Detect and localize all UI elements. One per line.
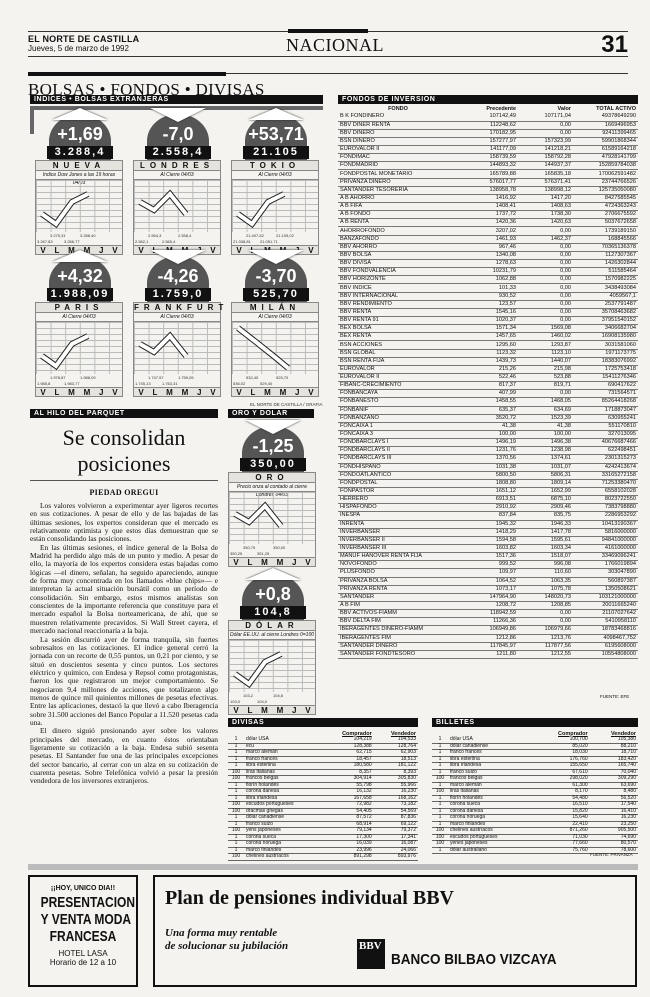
fondo-row: PRIVANZA DINERO576017,77576371,412374476… bbox=[338, 178, 638, 186]
total-activo-value: 551170810 bbox=[573, 422, 638, 430]
index-value: 21.105 bbox=[243, 146, 309, 159]
total-activo-value: 71253380470 bbox=[573, 479, 638, 487]
fondo-name: PRIVANZA BOLSA bbox=[338, 577, 458, 585]
day-label: V bbox=[233, 558, 238, 566]
fashion-ad: ¡¡HOY, UNICO DIA!! PRESENTACION Y VENTA … bbox=[28, 875, 138, 987]
fondo-name: HERRERO bbox=[338, 496, 458, 504]
index-change: +1,69 bbox=[35, 124, 125, 145]
fondo-row: INESPA837,84835,752286953292 bbox=[338, 512, 638, 520]
index-change: -4,26 bbox=[133, 266, 223, 287]
valor-value: 1652,99 bbox=[518, 487, 573, 495]
day-label: M bbox=[264, 388, 271, 396]
precedente-value: 1545,16 bbox=[458, 308, 518, 316]
valor-value: 1408,63 bbox=[518, 203, 573, 211]
tick-label: 104,8 bbox=[273, 693, 283, 698]
tick-label: 21.338,81 bbox=[233, 239, 251, 244]
fondo-row: BBV DIVISA1278,630,001426302844 bbox=[338, 260, 638, 268]
fondo-name: A B FIM bbox=[338, 601, 458, 609]
valor-value: 0,00 bbox=[518, 308, 573, 316]
precedente-value: 2910,92 bbox=[458, 504, 518, 512]
total-activo-value: 40676687466 bbox=[573, 439, 638, 447]
index-chart-dlar: +0,8 104,8 DÓLAR Dólar EE.UU. al cierre … bbox=[228, 568, 316, 714]
index-subtitle: Al Cierre 04/03 bbox=[133, 171, 221, 180]
fondo-name: BBV DINER RENTA bbox=[338, 121, 458, 129]
valor-value: 1738,30 bbox=[518, 211, 573, 219]
precedente-value: 1231,76 bbox=[458, 447, 518, 455]
total-activo-value: 85264418268 bbox=[573, 398, 638, 406]
fondo-name: BBV INDICE bbox=[338, 284, 458, 292]
tick-label: 536,02 bbox=[233, 381, 245, 386]
day-label: L bbox=[54, 388, 59, 396]
fondo-row: A B FIFA1408,411408,634724363243 bbox=[338, 203, 638, 211]
index-line-chart bbox=[35, 180, 123, 232]
arrow-down-icon bbox=[150, 108, 206, 122]
index-subtitle: Precio onza al contado al cierre Londres… bbox=[228, 483, 316, 492]
fondo-name: FONDPOSTAL MONETARIO bbox=[338, 170, 458, 178]
index-subtitle: Dólar EE.UU. al cierre Londres 0=100 bbox=[228, 631, 316, 640]
tick-label: 2.562,1 bbox=[135, 239, 148, 244]
fondo-name: INRENTA bbox=[338, 520, 458, 528]
fondo-row: BSN GLOBAL1123,321123,101971173775 bbox=[338, 349, 638, 357]
fondo-row: FONBANIF635,37634,691718873047 bbox=[338, 406, 638, 414]
fondo-name: B K FONDINERO bbox=[338, 113, 458, 121]
bbv-ad-tagline2: de solucionar su jubilación bbox=[165, 940, 288, 952]
total-activo-value: 20011665240 bbox=[573, 601, 638, 609]
total-activo-value: 23744766526 bbox=[573, 178, 638, 186]
tick-label: 3.267,83 bbox=[37, 239, 53, 244]
fondo-row: NOVOFONDO999,52996,081766019894 bbox=[338, 561, 638, 569]
precedente-value: 1212,86 bbox=[458, 634, 518, 642]
fashion-ad-line4: FRANCESA bbox=[41, 928, 126, 945]
valor-value: 2909,46 bbox=[518, 504, 573, 512]
article-byline: PIEDAD OREGUI bbox=[30, 488, 218, 497]
day-label: M bbox=[261, 706, 268, 714]
total-activo-value: 61589164218 bbox=[573, 146, 638, 154]
precedente-value: 1208,72 bbox=[458, 601, 518, 609]
total-activo-value: 5037672658 bbox=[573, 219, 638, 227]
index-subtitle: Al Cierre 04/03 bbox=[231, 313, 319, 322]
divisas-header: DIVISAS bbox=[228, 718, 418, 727]
bbv-ad-headline: Plan de pensiones individual BBV bbox=[165, 887, 454, 910]
day-label: V bbox=[138, 388, 143, 396]
fondo-row: HISPAFONDO2910,922909,467383798880 bbox=[338, 504, 638, 512]
total-activo-value: 303047890 bbox=[573, 569, 638, 577]
masthead: EL NORTE DE CASTILLA Jueves, 5 de marzo … bbox=[28, 31, 628, 57]
precedente-value: 967,46 bbox=[458, 243, 518, 251]
fondo-name: FONDBARCLAYS II bbox=[338, 447, 458, 455]
fondo-row: PRIVANZA RENTA1073,171075,781350508621 bbox=[338, 585, 638, 593]
article-headline: Se consolidan posiciones bbox=[30, 425, 218, 477]
fondo-name: INVERBANSER II bbox=[338, 536, 458, 544]
col-valor: Valor bbox=[518, 104, 573, 113]
fondo-name: PLUSFONDO bbox=[338, 569, 458, 577]
precedente-value: 11266,36 bbox=[458, 618, 518, 626]
fondo-name: FONDBARCLAYS I bbox=[338, 439, 458, 447]
total-activo-value: 1127307367 bbox=[573, 251, 638, 259]
fondo-name: BBV RENTA bbox=[338, 308, 458, 316]
tick-label: 350,00 bbox=[273, 545, 285, 550]
precedente-value: 1651,12 bbox=[458, 487, 518, 495]
bbv-ad: Plan de pensiones individual BBV Una for… bbox=[153, 875, 637, 987]
fondo-name: FONDHISPANO bbox=[338, 463, 458, 471]
fondo-row: FONDBARCLAYS II1231,761238,98622498451 bbox=[338, 447, 638, 455]
fondo-row: BSN DINERO157277,97157323,9959901868344 bbox=[338, 137, 638, 145]
fondo-row: FONDPOSTAL1808,801809,1471253380470 bbox=[338, 479, 638, 487]
precedente-value: 930,52 bbox=[458, 292, 518, 300]
index-name: LONDRES bbox=[133, 160, 221, 171]
precedente-value: 1370,56 bbox=[458, 455, 518, 463]
day-label: V bbox=[308, 388, 313, 396]
fondo-name: EUROVALOR bbox=[338, 365, 458, 373]
day-label: M bbox=[182, 388, 189, 396]
fondo-name: NOVOFONDO bbox=[338, 561, 458, 569]
fondo-name: PRIVANZA DINERO bbox=[338, 178, 458, 186]
total-activo-value: 18783468816 bbox=[573, 626, 638, 634]
valor-value: 0,00 bbox=[518, 243, 573, 251]
day-label: V bbox=[236, 388, 241, 396]
valor-value: 1374,61 bbox=[518, 455, 573, 463]
precedente-value: 138958,78 bbox=[458, 186, 518, 194]
precedente-value: 1416,92 bbox=[458, 194, 518, 202]
fondo-name: FONBANIF bbox=[338, 406, 458, 414]
day-label: M bbox=[84, 388, 91, 396]
valor-value: 144937,37 bbox=[518, 162, 573, 170]
fondo-name: BSN GLOBAL bbox=[338, 349, 458, 357]
trend-line bbox=[134, 322, 222, 374]
fondo-name: FONDOATLANTICO bbox=[338, 471, 458, 479]
valor-value: 0,00 bbox=[518, 610, 573, 618]
tick-label: 2.554,3 bbox=[148, 233, 161, 238]
fondo-name: BBV INTERNACIONAL bbox=[338, 292, 458, 300]
day-label: L bbox=[152, 388, 157, 396]
total-activo-value: 327013095 bbox=[573, 430, 638, 438]
fondo-row: FIBANC-CRECIMIENTO817,37819,71690417622 bbox=[338, 382, 638, 390]
fondo-name: FIBANC-CRECIMIENTO bbox=[338, 382, 458, 390]
precedente-value: 1295,60 bbox=[458, 341, 518, 349]
valor-value: 215,98 bbox=[518, 365, 573, 373]
total-activo-value: 5410958110 bbox=[573, 618, 638, 626]
fondos-header-row: FONDO Precedente Valor TOTAL ACTIVO bbox=[338, 104, 638, 113]
total-activo-value: 33469096241 bbox=[573, 553, 638, 561]
total-activo-value: 630955241 bbox=[573, 414, 638, 422]
precedente-value: 1064,52 bbox=[458, 577, 518, 585]
total-activo-value: 560897387 bbox=[573, 577, 638, 585]
day-label: V bbox=[305, 706, 310, 714]
index-ticks: 1.747,57 1.759,05 1.745,13 1.763,31 bbox=[133, 374, 221, 387]
arrow-up-icon bbox=[52, 108, 108, 120]
buy-rate: 75,760 bbox=[534, 847, 590, 854]
currency-unit: 1 bbox=[432, 847, 448, 854]
fondo-name: A B RENTA bbox=[338, 219, 458, 227]
fondo-row: INVERBANSER III1603,821603,344161000000 bbox=[338, 544, 638, 552]
precedente-value: 141177,09 bbox=[458, 146, 518, 154]
fondo-name: BEX RENTA bbox=[338, 333, 458, 341]
valor-value: 1208,85 bbox=[518, 601, 573, 609]
index-chart-londres: -7,0 2.558,4 LONDRES Al Cierre 04/03 2.5… bbox=[133, 108, 221, 254]
fondo-name: A B AHORRO bbox=[338, 194, 458, 202]
index-name: ORO bbox=[228, 472, 316, 483]
fondo-name: BBV DINERO bbox=[338, 129, 458, 137]
index-change: -3,70 bbox=[231, 266, 321, 287]
valor-value: 1063,35 bbox=[518, 577, 573, 585]
fondo-name: FONBANCAYA bbox=[338, 390, 458, 398]
day-label: L bbox=[247, 706, 252, 714]
fashion-ad-line1: ¡¡HOY, UNICO DIA!! bbox=[30, 885, 136, 892]
valor-value: 117877,56 bbox=[518, 642, 573, 650]
fondo-name: SANTANDER DINERO bbox=[338, 642, 458, 650]
precedente-value: 407,99 bbox=[458, 390, 518, 398]
currency-name: chelines austríacos bbox=[244, 854, 323, 861]
total-activo-value: 6558102028 bbox=[573, 487, 638, 495]
fondo-row: BBV RENTA 911020,370,0037951540152 bbox=[338, 317, 638, 325]
valor-value: 1518,07 bbox=[518, 553, 573, 561]
index-ticks: 532,40 525,70 536,02 529,40 bbox=[231, 374, 319, 387]
valor-value: 1075,78 bbox=[518, 585, 573, 593]
precedente-value: 1737,72 bbox=[458, 211, 518, 219]
indices-side-bar bbox=[30, 106, 34, 134]
trend-line bbox=[232, 322, 320, 374]
fondo-name: BBV RENDIMIENTO bbox=[338, 300, 458, 308]
precedente-value: 10231,79 bbox=[458, 268, 518, 276]
fondo-name: FONDIMAC bbox=[338, 154, 458, 162]
valor-value: 0,00 bbox=[518, 390, 573, 398]
trend-line bbox=[134, 180, 222, 232]
total-activo-value: 3438493084 bbox=[573, 284, 638, 292]
precedente-value: 576017,77 bbox=[458, 178, 518, 186]
total-activo-value: 94841000000 bbox=[573, 536, 638, 544]
col-precedente: Precedente bbox=[458, 104, 518, 113]
precedente-value: 1458,55 bbox=[458, 398, 518, 406]
index-subtitle: Al Cierre 04/03 bbox=[133, 313, 221, 322]
fondo-name: BSN ACCIONES bbox=[338, 341, 458, 349]
fondo-name: EUROVALOR II bbox=[338, 374, 458, 382]
total-activo-value: 1570982225 bbox=[573, 276, 638, 284]
fondo-row: BBV FONDVALENCIA10231,790,00511585464 bbox=[338, 268, 638, 276]
fondo-row: A B RENTA1420,361420,635037672658 bbox=[338, 219, 638, 227]
fondo-name: BSN RENTA FIJA bbox=[338, 357, 458, 365]
total-activo-value: 5816000000 bbox=[573, 528, 638, 536]
fondo-name: INVERBANSER III bbox=[338, 544, 458, 552]
fondo-row: AHORROFONDO3207,020,001739189150 bbox=[338, 227, 638, 235]
fondos-table: FONDO Precedente Valor TOTAL ACTIVO B K … bbox=[338, 104, 638, 659]
fondo-name: FONDMADRID bbox=[338, 162, 458, 170]
fondo-name: FONPASTOR bbox=[338, 487, 458, 495]
fondo-row: BBV INDICE101,330,003438493084 bbox=[338, 284, 638, 292]
fondos-body: B K FONDINERO107142,49107171,04493786492… bbox=[338, 113, 638, 658]
trend-line bbox=[36, 180, 124, 232]
fondo-row: BBV DELTA FIM11266,360,005410958110 bbox=[338, 618, 638, 626]
valor-value: 1213,76 bbox=[518, 634, 573, 642]
total-activo-value: 103121000000 bbox=[573, 593, 638, 601]
tick-label: 3.266,77 bbox=[64, 239, 80, 244]
tick-label: 1.759,05 bbox=[178, 375, 194, 380]
valor-value: 158792,28 bbox=[518, 154, 573, 162]
fondo-row: FONDPOSTAL MONETARIO165789,88165835,1817… bbox=[338, 170, 638, 178]
valor-value: 0,00 bbox=[518, 276, 573, 284]
tick-label: 351,25 bbox=[257, 551, 269, 556]
index-ticks: 2.554,3 2.558,4 2.562,1 2.565,4 bbox=[133, 232, 221, 245]
index-value: 3.288,4 bbox=[47, 146, 113, 159]
total-activo-value: 4161000000 bbox=[573, 544, 638, 552]
total-activo-value: 1971173775 bbox=[573, 349, 638, 357]
arrow-up-icon bbox=[248, 108, 304, 120]
total-activo-value: 168845566 bbox=[573, 235, 638, 243]
fondo-name: HISPAFONDO bbox=[338, 504, 458, 512]
tick-label: 21.407,52 bbox=[246, 233, 264, 238]
fondo-name: FONDBARCLAYS III bbox=[338, 455, 458, 463]
valor-value: 1946,33 bbox=[518, 520, 573, 528]
index-chart-nuevayork: +1,69 3.288,4 NUEVA YORK Indice Dow Jone… bbox=[35, 108, 123, 254]
tick-label: 532,40 bbox=[246, 375, 258, 380]
precedente-value: 106949,86 bbox=[458, 626, 518, 634]
index-change: +0,8 bbox=[228, 584, 318, 605]
valor-value: 1569,08 bbox=[518, 325, 573, 333]
paper-date: Jueves, 5 de marzo de 1992 bbox=[28, 44, 129, 53]
tick-label: 350,25 bbox=[230, 551, 242, 556]
col-fondo: FONDO bbox=[338, 104, 458, 113]
index-name: DÓLAR bbox=[228, 620, 316, 631]
index-ticks: 350,75 350,00 350,25 351,25 bbox=[228, 544, 316, 557]
index-value: 2.558,4 bbox=[145, 146, 211, 159]
valor-value: 1460,02 bbox=[518, 333, 573, 341]
precedente-value: 100,00 bbox=[458, 430, 518, 438]
fondo-row: SANTANDER FONDTESORO1211,801212,55105548… bbox=[338, 650, 638, 658]
fondo-row: A B FIM1208,721208,8520011665240 bbox=[338, 601, 638, 609]
valor-value: 1496,38 bbox=[518, 439, 573, 447]
index-line-chart bbox=[228, 640, 316, 692]
arrow-up-icon bbox=[245, 568, 301, 580]
fondo-row: SANTANDER TESORERIA138958,78138998,12125… bbox=[338, 186, 638, 194]
precedente-value: 3520,72 bbox=[458, 414, 518, 422]
precedente-value: 1420,36 bbox=[458, 219, 518, 227]
precedente-value: 215,26 bbox=[458, 365, 518, 373]
total-activo-value: 59901868344 bbox=[573, 137, 638, 145]
billetes-body: 1dólar USA100,700105,3801dólar canadiens… bbox=[432, 737, 638, 854]
fondo-name: BBV ACTIVOS-FIAMM bbox=[338, 610, 458, 618]
total-activo-value: 170062591482 bbox=[573, 170, 638, 178]
index-chart-paris: +4,32 1.988,09 PARIS Al Cierre 04/03 1.9… bbox=[35, 250, 123, 396]
fondo-row: IBERAGENTES FIM1212,861213,764098467,752 bbox=[338, 634, 638, 642]
precedente-value: 1439,73 bbox=[458, 357, 518, 365]
valor-value: 523,88 bbox=[518, 374, 573, 382]
fondo-row: FONPASTOR1651,121652,996558102028 bbox=[338, 487, 638, 495]
fondo-name: INVERBANSER bbox=[338, 528, 458, 536]
total-activo-value: 1739189150 bbox=[573, 227, 638, 235]
precedente-value: 1603,82 bbox=[458, 544, 518, 552]
total-activo-value: 33165272158 bbox=[573, 471, 638, 479]
fondo-row: PRIVANZA BOLSA1064,521063,35560897387 bbox=[338, 577, 638, 585]
precedente-value: 522,46 bbox=[458, 374, 518, 382]
total-activo-value: 622498451 bbox=[573, 447, 638, 455]
valor-value: 6875,10 bbox=[518, 496, 573, 504]
fondo-name: BANZAFONDO bbox=[338, 235, 458, 243]
valor-value: 1440,07 bbox=[518, 357, 573, 365]
index-line-chart bbox=[231, 180, 319, 232]
fondo-row: B K FONDINERO107142,49107171,04493786492… bbox=[338, 113, 638, 121]
total-activo-value: 1669496953 bbox=[573, 121, 638, 129]
fondo-name: PRIVANZA RENTA bbox=[338, 585, 458, 593]
fashion-ad-line5: HOTEL LASA bbox=[30, 949, 136, 958]
valor-value: 0,00 bbox=[518, 317, 573, 325]
fondo-row: INVERBANSER II1594,581595,6194841000000 bbox=[338, 536, 638, 544]
day-label: M bbox=[68, 388, 75, 396]
total-activo-value: 2301315273 bbox=[573, 455, 638, 463]
precedente-value: 1278,63 bbox=[458, 260, 518, 268]
precedente-value: 1571,34 bbox=[458, 325, 518, 333]
total-activo-value: 10413190367 bbox=[573, 520, 638, 528]
article-paragraph: Los valores volvieron a experimentar aye… bbox=[30, 502, 218, 544]
valor-value: 0,00 bbox=[518, 268, 573, 276]
billetes-source: FUENTE: PRIVANZA bbox=[590, 852, 633, 857]
day-label: M bbox=[277, 558, 284, 566]
valor-value: 576371,41 bbox=[518, 178, 573, 186]
fashion-ad-line6: Horario de 12 a 10 bbox=[30, 958, 136, 967]
buy-rate: 891,298 bbox=[323, 854, 374, 861]
valor-value: 100,00 bbox=[518, 430, 573, 438]
valor-value: 107171,04 bbox=[518, 113, 573, 121]
total-activo-value: 1718873047 bbox=[573, 406, 638, 414]
total-activo-value: 125735050080 bbox=[573, 186, 638, 194]
fondo-name: MANUF HANOVER RENTA FIJA bbox=[338, 553, 458, 561]
fondo-name: BBV RENTA 91 bbox=[338, 317, 458, 325]
precedente-value: 147964,90 bbox=[458, 593, 518, 601]
index-ticks: 1.978,87 1.988,09 1.985,8 1.983,77 bbox=[35, 374, 123, 387]
valor-value: 819,71 bbox=[518, 382, 573, 390]
fondo-row: EUROVALOR II141177,09141218,216158916421… bbox=[338, 146, 638, 154]
fondo-name: SANTANDER TESORERIA bbox=[338, 186, 458, 194]
total-activo-value: 8427585545 bbox=[573, 194, 638, 202]
fondo-row: EUROVALOR II522,46523,8815411276346 bbox=[338, 374, 638, 382]
bbv-bank-name: BANCO BILBAO VIZCAYA bbox=[391, 951, 557, 968]
day-label: L bbox=[247, 558, 252, 566]
total-activo-value: 2286953292 bbox=[573, 512, 638, 520]
fondo-row: HERRERO6913,516875,108023722550 bbox=[338, 496, 638, 504]
valor-value: 835,75 bbox=[518, 512, 573, 520]
fondo-row: BBV RENDIMIENTO123,570,002537791487 bbox=[338, 300, 638, 308]
fondo-row: SANTANDER DINERO117845,97117877,56619560… bbox=[338, 642, 638, 650]
fondo-row: FONDOATLANTICO5800,505806,3133165272158 bbox=[338, 471, 638, 479]
index-change: +53,71 bbox=[231, 124, 321, 145]
valor-value: 0,00 bbox=[518, 284, 573, 292]
total-activo-value: 21107027642 bbox=[573, 610, 638, 618]
fondo-row: EUROVALOR215,26215,981725753418 bbox=[338, 365, 638, 373]
precedente-value: 817,37 bbox=[458, 382, 518, 390]
fondo-row: BBV DINER RENTA112248,620,001669496953 bbox=[338, 121, 638, 129]
precedente-value: 1408,41 bbox=[458, 203, 518, 211]
article-paragraph: El dinero siguió presionando ayer sobre … bbox=[30, 727, 218, 785]
fondo-name: EUROVALOR II bbox=[338, 146, 458, 154]
tick-label: 3.275,31 bbox=[50, 233, 66, 238]
valor-value: 634,69 bbox=[518, 406, 573, 414]
index-ticks: 3.275,31 3.288,40 3.267,83 3.266,77 bbox=[35, 232, 123, 245]
precedente-value: 1073,17 bbox=[458, 585, 518, 593]
precedente-value: 144893,32 bbox=[458, 162, 518, 170]
section-rule bbox=[288, 29, 368, 33]
fashion-ad-line2: PRESENTACION bbox=[41, 894, 126, 911]
tick-label: 2.565,4 bbox=[162, 239, 175, 244]
total-activo-value: 18383076992 bbox=[573, 357, 638, 365]
total-activo-value: 511585464 bbox=[573, 268, 638, 276]
fondo-name: IBERAGENTES FIM bbox=[338, 634, 458, 642]
valor-value: 138998,12 bbox=[518, 186, 573, 194]
valor-value: 1462,37 bbox=[518, 235, 573, 243]
index-line-chart bbox=[133, 322, 221, 374]
day-axis: VLMMJV bbox=[228, 705, 316, 715]
index-name: TOKIO bbox=[231, 160, 319, 171]
index-line-chart bbox=[133, 180, 221, 232]
fondo-row: A B AHORRO1416,921417,208427585545 bbox=[338, 194, 638, 202]
total-activo-value: 16908135980 bbox=[573, 333, 638, 341]
